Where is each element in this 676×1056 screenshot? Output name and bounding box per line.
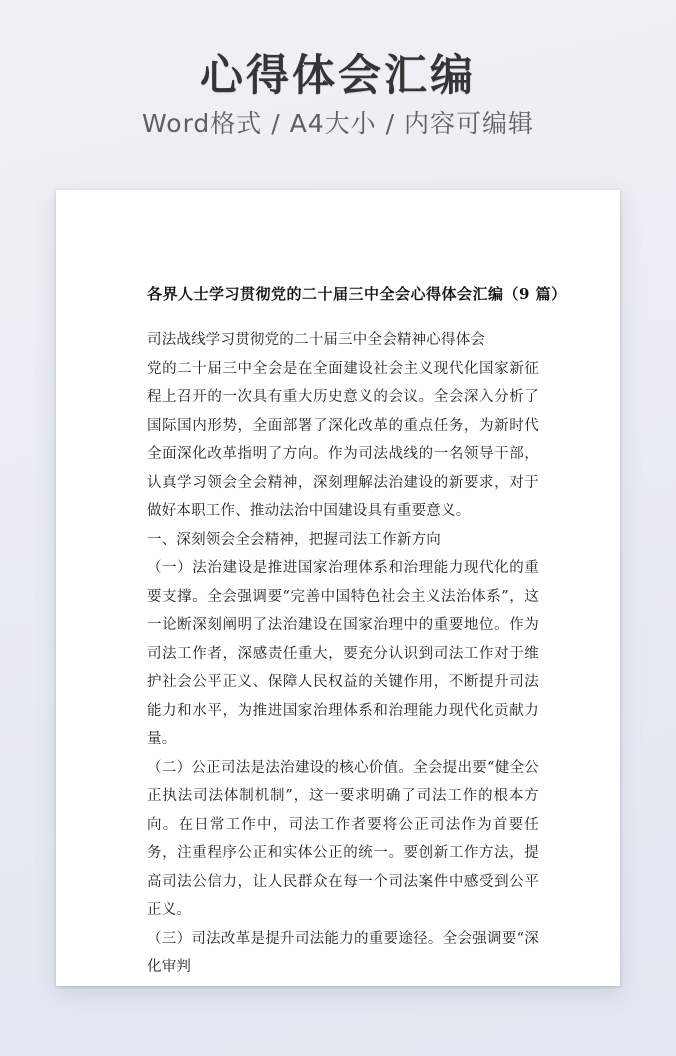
page-background: 心得体会汇编 Word格式 / A4大小 / 内容可编辑 各界人士学习贯彻党的二… [0, 0, 676, 1056]
promo-header: 心得体会汇编 Word格式 / A4大小 / 内容可编辑 [0, 0, 676, 139]
document-paragraph: （二）公正司法是法治建设的核心价值。全会提出要“健全公正执法司法体制机制”，这一… [147, 754, 539, 925]
document-body: 司法战线学习贯彻党的二十届三中全会精神心得体会 党的二十届三中全会是在全面建设社… [147, 326, 539, 982]
document-section-heading: 司法战线学习贯彻党的二十届三中全会精神心得体会 [147, 326, 539, 355]
document-paragraph-truncated: （三）司法改革是提升司法能力的重要途径。全会强调要“深化审判 [147, 925, 539, 982]
document-section-heading: 一、深刻领会全会精神，把握司法工作新方向 [147, 526, 539, 555]
document-paragraph: 党的二十届三中全会是在全面建设社会主义现代化国家新征程上召开的一次具有重大历史意… [147, 355, 539, 526]
document-title: 各界人士学习贯彻党的二十届三中全会心得体会汇编（9 篇） [147, 286, 539, 302]
promo-subtitle: Word格式 / A4大小 / 内容可编辑 [0, 109, 676, 139]
a4-document-preview: 各界人士学习贯彻党的二十届三中全会心得体会汇编（9 篇） 司法战线学习贯彻党的二… [56, 190, 620, 986]
promo-title: 心得体会汇编 [0, 52, 676, 100]
document-paragraph: （一）法治建设是推进国家治理体系和治理能力现代化的重要支撑。全会强调要“完善中国… [147, 554, 539, 754]
